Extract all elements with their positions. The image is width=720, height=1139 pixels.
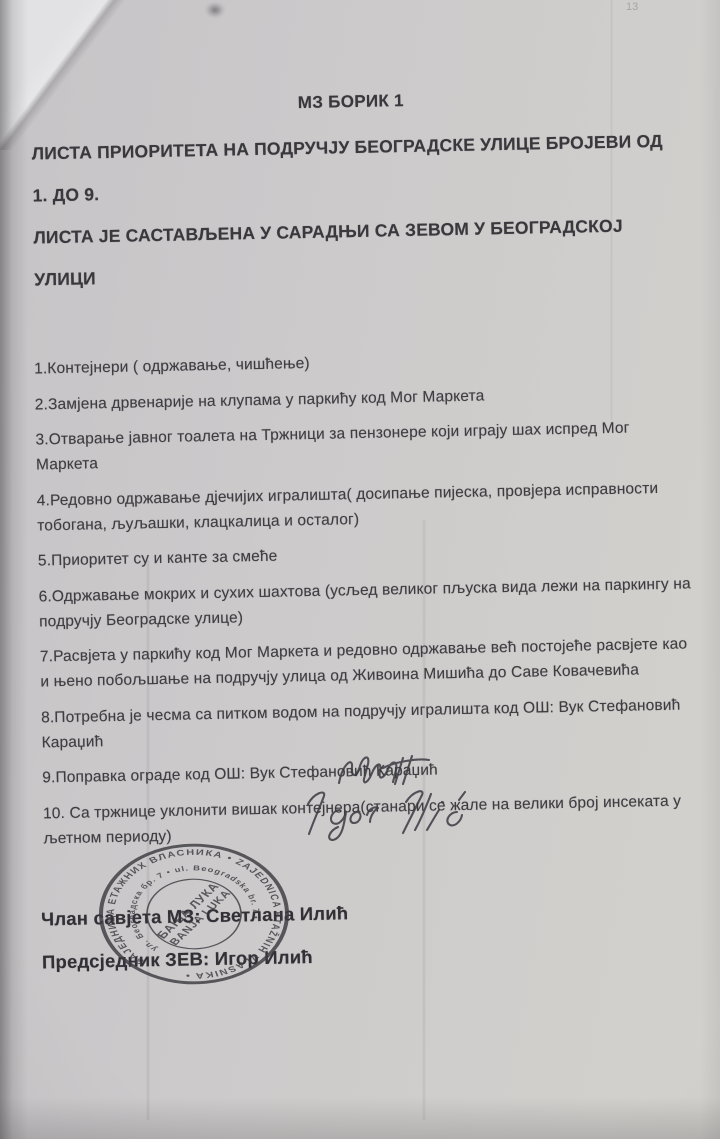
list-item: 6.Одржавање мокрих и сухих шахтова (усље… (38, 571, 693, 634)
heading-line: ЛИСТА ЈЕ САСТАВЉЕНА У САРАДЊИ СА ЗЕВОМ У… (33, 204, 677, 301)
bottom-edge-shadow (0, 1097, 720, 1139)
document-headings: ЛИСТА ПРИОРИТЕТА НА ПОДРУЧЈУ БЕОГРАДСКЕ … (31, 120, 676, 301)
scanned-document-photo: 13 МЗ БОРИК 1 ЛИСТА ПРИОРИТЕТА НА ПОДРУЧ… (0, 0, 720, 1139)
document-title: МЗ БОРИК 1 (0, 85, 711, 119)
list-item: 8.Потребна је чесма са питком водом на п… (41, 692, 696, 755)
list-item: 9.Поправка ограде код ОШ: Вук Стефановић… (42, 752, 696, 790)
list-item: 4.Редовно одржавање дјечијих игралишта( … (36, 475, 691, 538)
priority-list: 1.Контејнери ( одржавање, чишћење) 2.Зам… (34, 343, 698, 851)
list-item: 5.Приоритет су и канте за смеће (38, 535, 692, 573)
list-item: 7.Расвјета у паркићу код Мог Маркета и р… (40, 631, 695, 694)
heading-line: ЛИСТА ПРИОРИТЕТА НА ПОДРУЧЈУ БЕОГРАДСКЕ … (31, 120, 675, 217)
list-item: 3.Отварање јавног тоалета на Тржници за … (35, 414, 690, 477)
document-body: МЗ БОРИК 1 ЛИСТА ПРИОРИТЕТА НА ПОДРУЧЈУ … (0, 0, 720, 984)
list-item: 10. Са тржнице уклонити вишак контејнера… (43, 788, 698, 851)
list-item: 2.Замјена дрвенарије на клупама у паркић… (35, 379, 689, 417)
list-item: 1.Контејнери ( одржавање, чишћење) (34, 343, 688, 381)
signature-block: Члан савјета МЗ: Светлана Илић Предсједн… (41, 883, 720, 983)
